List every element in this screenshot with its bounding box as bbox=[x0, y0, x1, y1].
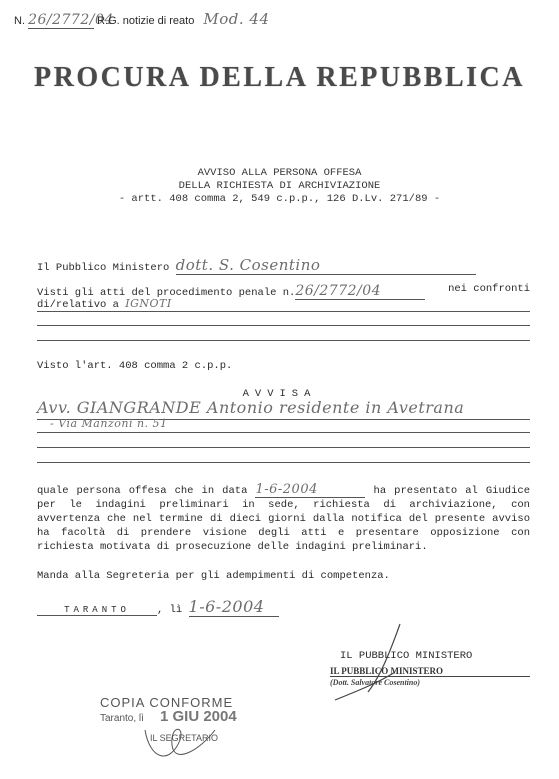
secretary-signature-icon bbox=[140, 720, 220, 770]
relative-label: di/relativo a bbox=[37, 299, 119, 311]
reato-model: Mod. 44 bbox=[203, 10, 269, 28]
blank-line bbox=[37, 432, 530, 433]
blank-line bbox=[37, 447, 530, 448]
blank-line bbox=[37, 325, 530, 326]
recipient-address: - Via Manzoni n. 51 bbox=[50, 417, 168, 430]
notice-title-line1: AVVISO ALLA PERSONA OFFESA bbox=[0, 167, 559, 179]
rg-label: R.G. notizie di reato bbox=[97, 15, 194, 27]
blank-line bbox=[37, 311, 530, 312]
rg-header: N. 26/2772/04 R.G. notizie di reato Mod.… bbox=[14, 10, 270, 29]
notice-title-line2: DELLA RICHIESTA DI ARCHIVIAZIONE bbox=[0, 180, 559, 192]
pm-name: dott. S. Cosentino bbox=[176, 256, 476, 275]
proc-number: 26/2772/04 bbox=[295, 283, 425, 300]
visto-text: Visto l'art. 408 comma 2 c.p.p. bbox=[37, 360, 232, 372]
copy-stamp-place: Taranto, lì bbox=[100, 713, 144, 724]
proc-suffix: nei confronti bbox=[448, 283, 530, 300]
pm-label: Il Pubblico Ministero bbox=[37, 262, 169, 274]
notice-legal-refs: - artt. 408 comma 2, 549 c.p.p., 126 D.L… bbox=[0, 193, 559, 205]
pm-field: Il Pubblico Ministero dott. S. Cosentino bbox=[37, 256, 476, 275]
recipient-name: Avv. GIANGRANDE Antonio residente in Ave… bbox=[37, 398, 464, 417]
blank-line bbox=[37, 340, 530, 341]
signature-scribble-icon bbox=[330, 622, 410, 702]
manda-text: Manda alla Segreteria per gli adempiment… bbox=[37, 570, 390, 582]
notice-paragraph: quale persona offesa che in data 1-6-200… bbox=[37, 483, 530, 554]
place: TARANTO bbox=[37, 605, 157, 616]
sign-date: 1-6-2004 bbox=[189, 597, 279, 617]
blank-line bbox=[37, 462, 530, 463]
relative-value: IGNOTI bbox=[125, 297, 171, 310]
page-title: PROCURA DELLA REPUBBLICA bbox=[34, 62, 525, 94]
place-date: TARANTO, lì 1-6-2004 bbox=[37, 597, 279, 617]
n-prefix: N. bbox=[14, 15, 25, 27]
rg-number: 26/2772/04 bbox=[28, 12, 94, 29]
filing-date: 1-6-2004 bbox=[255, 483, 365, 498]
relative-field: di/relativo a IGNOTI bbox=[37, 297, 172, 311]
